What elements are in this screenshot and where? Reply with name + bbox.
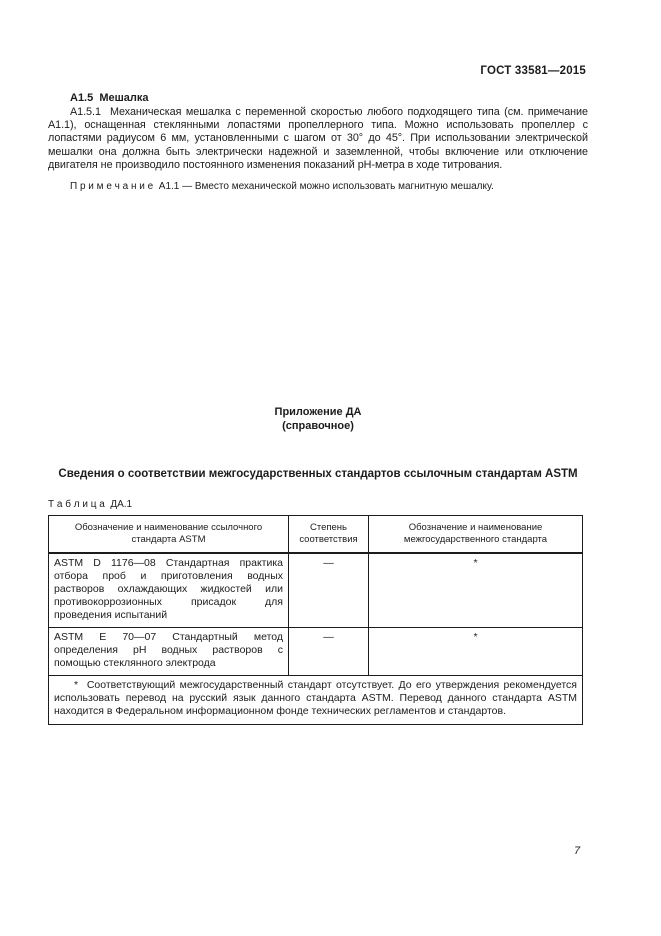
appendix-sublabel: (справочное)	[48, 420, 588, 434]
section-paragraph: А1.5.1 Механическая мешалка с переменной…	[48, 106, 588, 172]
page-number: 7	[574, 845, 580, 857]
col-header-interstate-standard: Обозначение и наименование межгосударств…	[369, 516, 583, 554]
cell-interstate-standard: *	[369, 628, 583, 676]
section-note: П р и м е ч а н и е А1.1 — Вместо механи…	[48, 181, 588, 193]
cell-degree: —	[289, 628, 369, 676]
cell-degree: —	[289, 553, 369, 628]
cell-astm-standard: ASTM D 1176—08 Стандартная практика отбо…	[49, 553, 289, 628]
table-header-row: Обозначение и наименование ссылочного ст…	[49, 516, 583, 554]
section-heading: А1.5 Мешалка	[70, 92, 149, 104]
col-header-astm-standard: Обозначение и наименование ссылочного ст…	[49, 516, 289, 554]
document-page: ГОСТ 33581—2015 А1.5 Мешалка А1.5.1 Меха…	[0, 0, 661, 936]
table-footnote: * Соответствующий межгосударственный ста…	[54, 679, 577, 718]
cell-astm-standard: ASTM E 70—07 Стандартный метод определен…	[49, 628, 289, 676]
table-footnote-cell: * Соответствующий межгосударственный ста…	[49, 676, 583, 725]
table-footnote-row: * Соответствующий межгосударственный ста…	[49, 676, 583, 725]
correspondence-table: Обозначение и наименование ссылочного ст…	[48, 515, 583, 725]
appendix-title: Сведения о соответствии межгосударственн…	[48, 468, 588, 480]
appendix-block: Приложение ДА (справочное)	[48, 406, 588, 433]
appendix-label: Приложение ДА	[48, 406, 588, 420]
cell-interstate-standard: *	[369, 553, 583, 628]
table-row: ASTM D 1176—08 Стандартная практика отбо…	[49, 553, 583, 628]
table-row: ASTM E 70—07 Стандартный метод определен…	[49, 628, 583, 676]
doc-code: ГОСТ 33581—2015	[480, 65, 586, 77]
table-caption: Т а б л и ц а ДА.1	[48, 499, 132, 510]
col-header-degree: Степень соответствия	[289, 516, 369, 554]
